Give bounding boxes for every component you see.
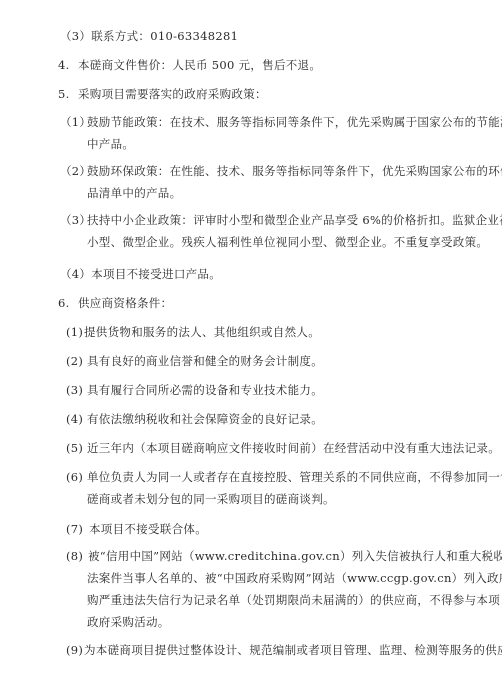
item-number: (5) <box>66 441 83 455</box>
text-line: 供应商资格条件： <box>78 296 172 310</box>
text-line: 采购项目需要落实的政府采购政策： <box>78 87 267 101</box>
item-number: 5. <box>58 87 70 101</box>
text-line: 政府采购活动。 <box>87 615 170 629</box>
text-line: 鼓励环保政策：在性能、技术、服务等指标同等条件下，优先采购国家公布的环保产 <box>87 164 502 178</box>
text-line: 扶持中小企业政策：评审时小型和微型企业产品享受 6%的价格折扣。监狱企业视同 <box>87 213 502 227</box>
item-number: (6) <box>66 470 83 484</box>
item-number: (4) <box>66 412 83 426</box>
item-number: (3) <box>66 383 83 397</box>
item-number: (2) <box>66 354 83 368</box>
text-line: 单位负责人为同一人或者存在直接控股、管理关系的不同供应商，不得参加同一包的 <box>87 470 502 484</box>
text-line: 法案件当事人名单的、被“中国政府采购网”网站（www.ccgp.gov.cn）列… <box>87 571 502 585</box>
text-line: 中产品。 <box>87 137 134 151</box>
text-line: 本磋商文件售价：人民币 500 元，售后不退。 <box>78 58 321 72</box>
text-line: 磋商或者未划分包的同一采购项目的磋商谈判。 <box>87 492 335 506</box>
text-line: 近三年内（本项目磋商响应文件接收时间前）在经营活动中没有重大违法记录。 <box>87 441 500 455</box>
text-line: 小型、微型企业。残疾人福利性单位视同小型、微型企业。不重复享受政策。 <box>87 235 488 249</box>
text-line: 购严重违法失信行为记录名单（处罚期限尚未届满的）的供应商，不得参与本项目的 <box>87 593 502 607</box>
text-line: 具有良好的商业信誉和健全的财务会计制度。 <box>87 354 323 368</box>
text-line: 本项目不接受联合体。 <box>89 522 207 536</box>
item-number: (9) <box>66 643 83 657</box>
item-number: (8) <box>66 549 83 563</box>
item-number: 6. <box>58 296 70 310</box>
text-line: 具有履行合同所必需的设备和专业技术能力。 <box>87 383 323 397</box>
text-line: 被“信用中国”网站（www.creditchina.gov.cn）列入失信被执行… <box>88 549 502 563</box>
item-number: 4. <box>58 58 70 72</box>
text-line: 有依法缴纳税收和社会保障资金的良好记录。 <box>87 412 323 426</box>
text-line: （3）联系方式：010-63348281 <box>60 29 238 43</box>
text-line: 为本磋商项目提供过整体设计、规范编制或者项目管理、监理、检测等服务的供应商 <box>84 643 502 657</box>
item-number: (1) <box>66 325 83 339</box>
text-line: （4）本项目不接受进口产品。 <box>60 267 221 281</box>
text-line: 品清单中的产品。 <box>87 186 181 200</box>
text-line: 鼓励节能政策：在技术、服务等指标同等条件下，优先采购属于国家公布的节能清单 <box>87 115 502 129</box>
text-line: 提供货物和服务的法人、其他组织或自然人。 <box>84 325 320 339</box>
item-number: (7) <box>66 522 83 536</box>
